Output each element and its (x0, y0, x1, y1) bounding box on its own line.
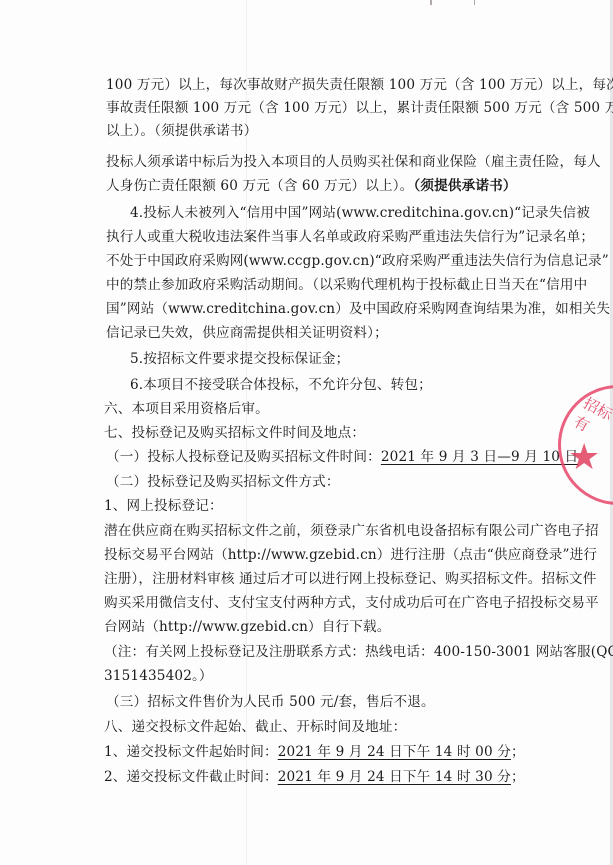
text-span: 2、递交投标文件截止时间： (104, 769, 278, 785)
text-line: 2、递交投标文件截止时间：2021 年 9 月 24 日下午 14 时 30 分… (104, 767, 525, 787)
underlined-date: 2021 年 9 月 3 日—9 月 10 日 (381, 449, 578, 465)
text-line: 事故责任限额 100 万元（含 100 万元）以上，累计责任限额 500 万元（… (106, 98, 613, 118)
section-heading: 六、本项目采用资格后审。 (104, 399, 269, 419)
text-span: ； (511, 769, 525, 785)
underlined-date: 2021 年 9 月 24 日下午 14 时 30 分 (278, 769, 511, 785)
bold-note: （须提供承诺书） (413, 178, 516, 194)
section-heading: 八、递交投标文件起始、截止、开标时间及地址： (104, 717, 406, 737)
text-line: 潜在供应商在购买招标文件之前，须登录广东省机电设备招标有限公司广咨电子招 (104, 521, 599, 541)
text-line: 6.本项目不接受联合体投标，不允许分包、转包； (130, 375, 432, 395)
text-line: （一）投标人投标登记及购买招标文件时间：2021 年 9 月 3 日—9 月 1… (106, 447, 578, 467)
text-line: （二）投标登记及购买招标文件方式： (106, 472, 340, 492)
text-span: （一）投标人投标登记及购买招标文件时间： (106, 449, 381, 465)
text-line: 以上）。（须提供承诺书） (106, 121, 257, 141)
text-line: 投标人须承诺中标后为投入本项目的人员购买社保和商业保险（雇主责任险，每人 (106, 152, 601, 172)
text-line: 注册），注册材料审核 通过后才可以进行网上投标登记、购买招标文件。招标文件 (104, 569, 596, 589)
text-line: 4.投标人未被列入“信用中国”网站(www.creditchina.gov.cn… (130, 203, 590, 223)
text-line: 人身伤亡责任限额 60 万元（含 60 万元）以上）。（须提供承诺书） (106, 176, 517, 196)
text-span: 人身伤亡责任限额 60 万元（含 60 万元）以上）。 (106, 178, 413, 194)
section-heading: 七、投标登记及购买招标文件时间及地点： (104, 423, 365, 443)
text-line: 购买采用微信支付、支付宝支付两种方式，支付成功后可在广咨电子招投标交易平 (104, 593, 599, 613)
text-line: （三）招标文件售价为人民币 500 元/套，售后不退。 (106, 692, 435, 712)
text-line: 100 万元）以上，每次事故财产损失责任限额 100 万元（含 100 万元）以… (106, 75, 613, 95)
scan-mark (430, 0, 432, 5)
text-line: 1、递交投标文件起始时间：2021 年 9 月 24 日下午 14 时 00 分… (104, 742, 525, 762)
text-line: 5.按招标文件要求提交投标保证金； (130, 349, 349, 369)
text-line: （注：有关网上投标登记及注册联系方式：热线电话：400-150-3001 网站客… (104, 642, 613, 662)
scan-mark (474, 0, 475, 5)
text-span: 1、递交投标文件起始时间： (104, 744, 278, 760)
text-line: 中的禁止参加政府采购活动期间。（以采购代理机构于投标截止日当天在“信用中 (106, 275, 587, 295)
text-line: 国”网站（www.creditchina.gov.cn）及中国政府采购网查询结果… (106, 299, 610, 319)
text-line: 1、网上投标登记： (104, 496, 223, 516)
text-line: 不处于中国政府采购网(www.ccgp.gov.cn)“政府采购严重违法失信行为… (106, 251, 609, 271)
text-line: 信记录已失效，供应商需提供相关证明资料）； (106, 323, 388, 343)
text-line: 3151435402。） (104, 666, 213, 686)
seal-star-icon: ★ (568, 440, 600, 476)
text-line: 执行人或重大税收违法案件当事人名单或政府采购严重违法失信行为”记录名单； (106, 227, 594, 247)
text-line: 台网站（http://www.gzebid.cn）自行下载。 (104, 617, 391, 637)
underlined-date: 2021 年 9 月 24 日下午 14 时 00 分 (278, 744, 511, 760)
text-line: 投标交易平台网站（http://www.gzebid.cn）进行注册（点击“供应… (104, 545, 597, 565)
text-span: ； (511, 744, 525, 760)
